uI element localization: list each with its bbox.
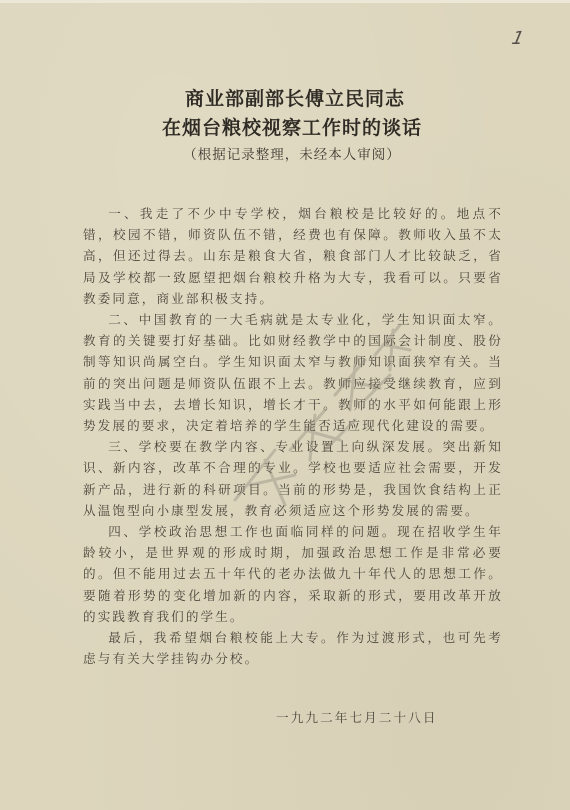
paragraph-3: 三、学校要在教学内容、专业设置上向纵深发展。突出新知识、新内容，改革不合理的专业… <box>83 436 503 521</box>
document-title-line-1: 商业部副部长傅立民同志 <box>0 84 570 111</box>
document-date: 一九九二年七月二十八日 <box>276 707 438 726</box>
paragraph-2: 二、中国教育的一大毛病就是太专业化，学生知识面太窄。教育的关键要打好基础。比如财… <box>83 309 503 436</box>
document-subtitle: （根据记录整理，未经本人审阅） <box>0 143 570 163</box>
paragraph-4: 四、学校政治思想工作也面临同样的问题。现在招收学生年龄较小，是世界观的形成时期，… <box>83 521 503 627</box>
page-top-edge <box>0 0 570 3</box>
page-number: 1 <box>510 28 526 49</box>
document-body: 一、我走了不少中专学校，烟台粮校是比较好的。地点不错，校园不错，师资队伍不错，经… <box>83 203 503 669</box>
scanned-document-page: 1 商业部副部长傅立民同志 在烟台粮校视察工作时的谈话 （根据记录整理，未经本人… <box>0 0 570 810</box>
paragraph-5: 最后，我希望烟台粮校能上大专。作为过渡形式，也可先考虑与有关大学挂钩办分校。 <box>83 627 503 669</box>
document-title-line-2: 在烟台粮校视察工作时的谈话 <box>0 113 570 140</box>
paragraph-1: 一、我走了不少中专学校，烟台粮校是比较好的。地点不错，校园不错，师资队伍不错，经… <box>83 203 503 309</box>
